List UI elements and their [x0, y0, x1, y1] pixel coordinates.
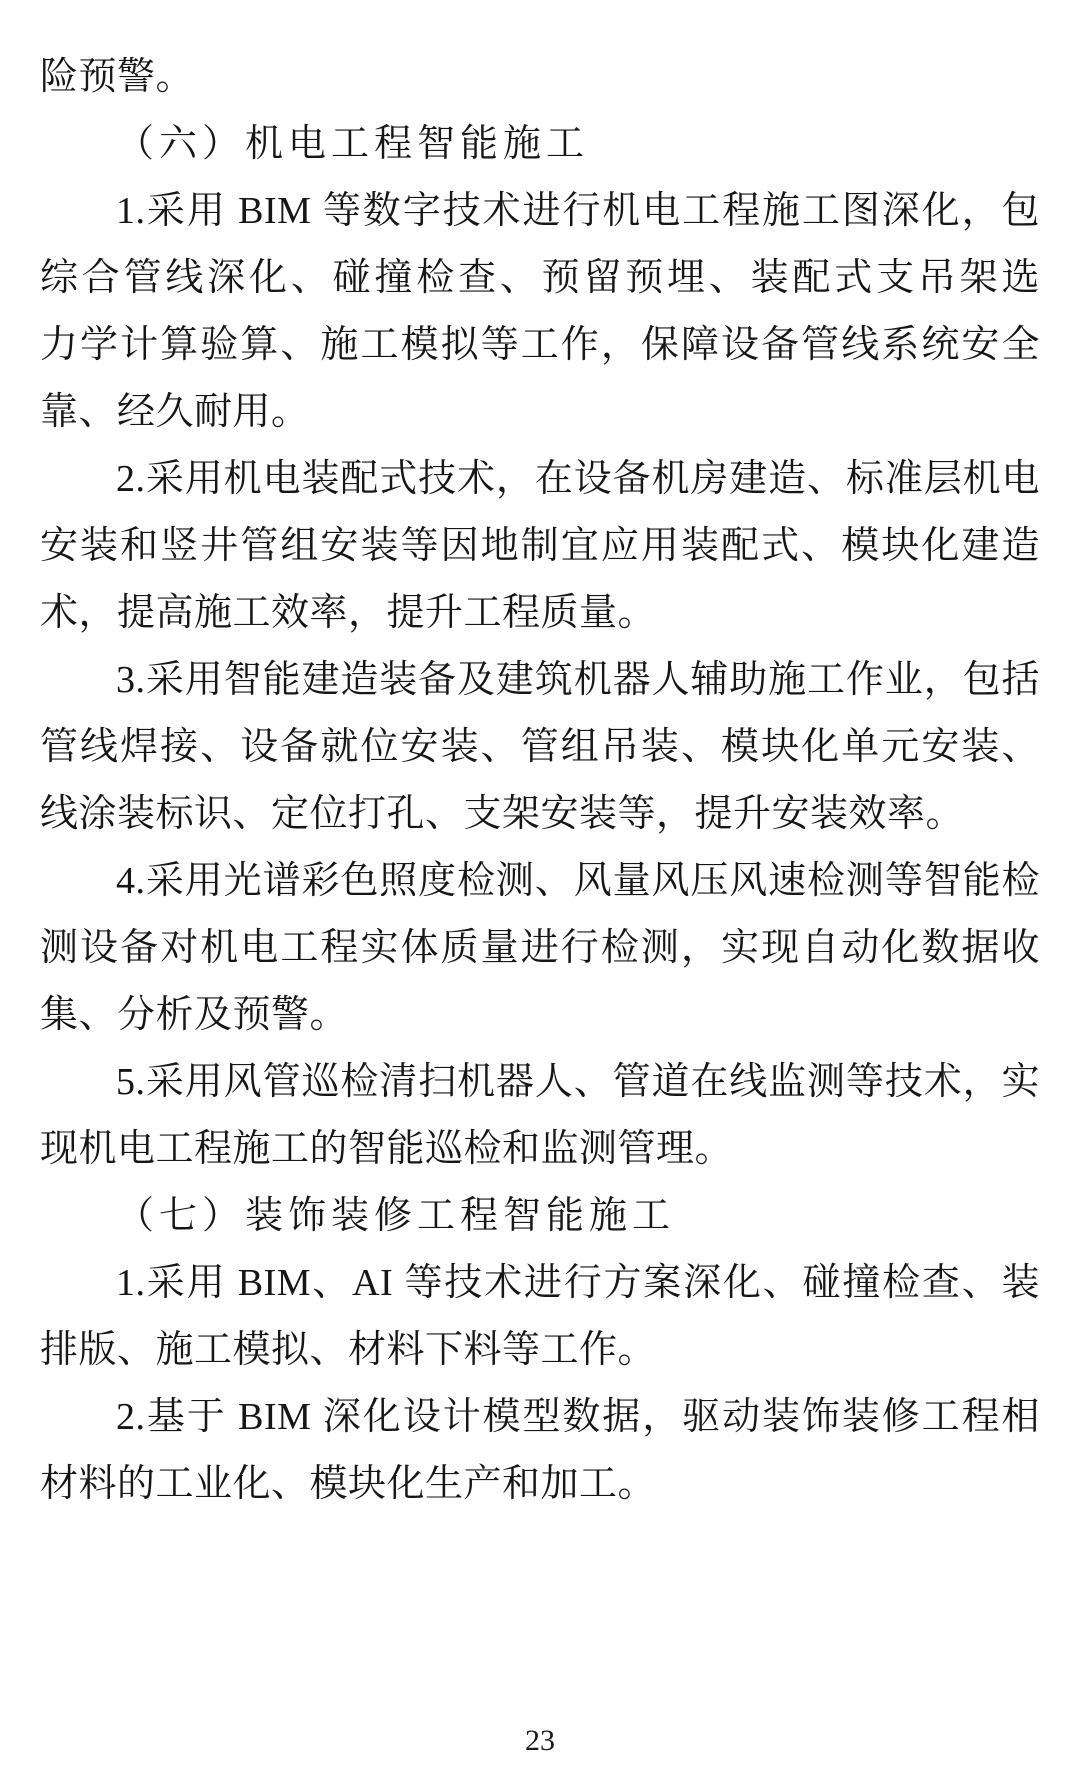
body-line: 1.采用 BIM、AI 等技术进行方案深化、碰撞检查、装修 — [40, 1250, 1040, 1317]
body-line: 测设备对机电工程实体质量进行检测，实现自动化数据收 — [40, 915, 1040, 982]
body-line: 安装和竖井管组安装等因地制宜应用装配式、模块化建造技 — [40, 513, 1040, 580]
body-line: 综合管线深化、碰撞检查、预留预埋、装配式支吊架选型、 — [40, 245, 1040, 312]
document-body: 险预警。（六）机电工程智能施工1.采用 BIM 等数字技术进行机电工程施工图深化… — [40, 44, 1040, 1518]
section-heading: （七）装饰装修工程智能施工 — [40, 1183, 1040, 1250]
body-line: 管线焊接、设备就位安装、管组吊装、模块化单元安装、管 — [40, 714, 1040, 781]
body-line: 2.基于 BIM 深化设计模型数据，驱动装饰装修工程相关 — [40, 1384, 1040, 1451]
body-line: 2.采用机电装配式技术，在设备机房建造、标准层机电 — [40, 446, 1040, 513]
page-number: 23 — [0, 1722, 1080, 1760]
section-heading: （六）机电工程智能施工 — [40, 111, 1040, 178]
body-line: 排版、施工模拟、材料下料等工作。 — [40, 1317, 1040, 1384]
body-line: 术，提高施工效率，提升工程质量。 — [40, 580, 1040, 647]
body-line: 力学计算验算、施工模拟等工作，保障设备管线系统安全可 — [40, 312, 1040, 379]
body-line: 集、分析及预警。 — [40, 982, 1040, 1049]
body-line: 线涂装标识、定位打孔、支架安装等，提升安装效率。 — [40, 781, 1040, 848]
body-line: 5.采用风管巡检清扫机器人、管道在线监测等技术，实 — [40, 1049, 1040, 1116]
body-line: 4.采用光谱彩色照度检测、风量风压风速检测等智能检 — [40, 848, 1040, 915]
body-line: 现机电工程施工的智能巡检和监测管理。 — [40, 1116, 1040, 1183]
body-line: 险预警。 — [40, 44, 1040, 111]
body-line: 1.采用 BIM 等数字技术进行机电工程施工图深化，包括 — [40, 178, 1040, 245]
document-page: 险预警。（六）机电工程智能施工1.采用 BIM 等数字技术进行机电工程施工图深化… — [0, 0, 1080, 1777]
body-line: 材料的工业化、模块化生产和加工。 — [40, 1451, 1040, 1518]
body-line: 3.采用智能建造装备及建筑机器人辅助施工作业，包括 — [40, 647, 1040, 714]
body-line: 靠、经久耐用。 — [40, 379, 1040, 446]
